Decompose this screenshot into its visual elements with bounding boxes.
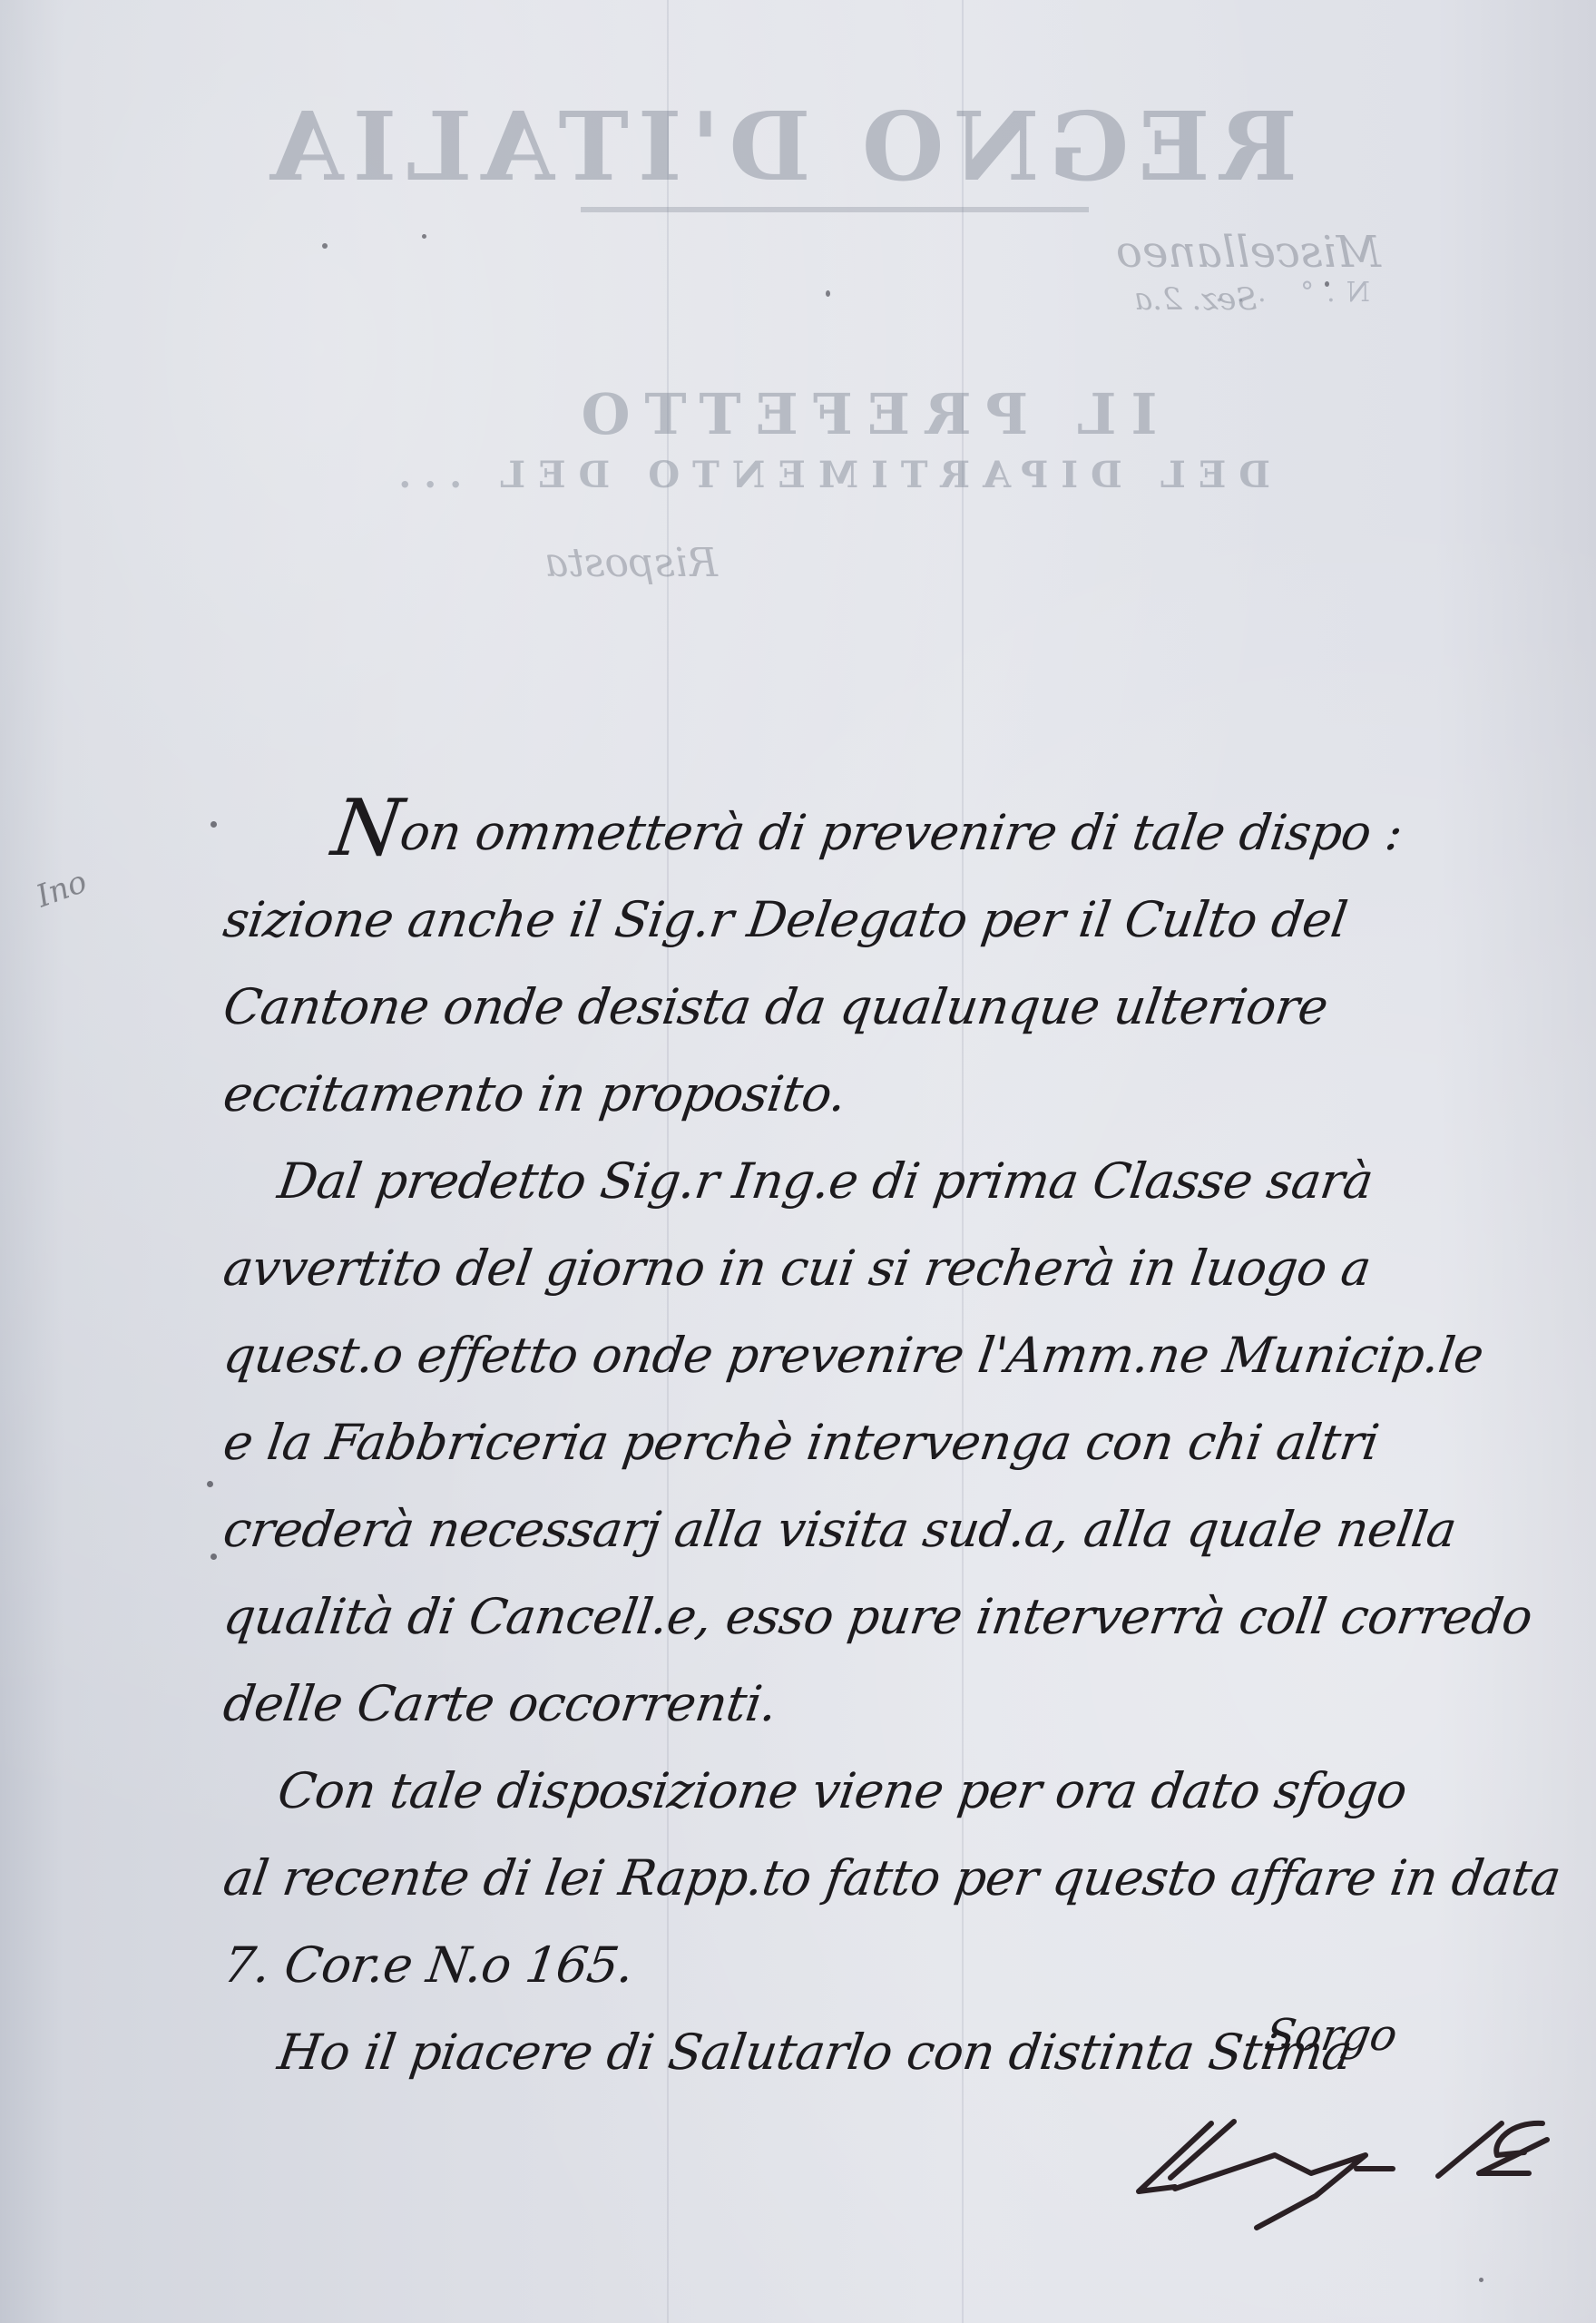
letter-body: Non ommetterà di prevenire di tale dispo…	[218, 789, 1588, 2096]
signature-strokes-icon	[1121, 2105, 1556, 2241]
margin-dot	[207, 1481, 213, 1487]
ghost-handwriting: Miscellaneo	[1116, 227, 1381, 278]
margin-dot	[211, 1554, 217, 1560]
ink-speck	[1325, 281, 1329, 287]
letter-line: sizione anche il Sig.r Delegato per il C…	[218, 877, 1596, 964]
letter-line: Dal predetto Sig.r Ing.e di prima Classe…	[218, 1138, 1596, 1225]
letter-line: avvertito del giorno in cui si recherà i…	[218, 1225, 1596, 1312]
margin-note: Ino	[32, 864, 92, 916]
ghost-handwriting: Sez. 2.a	[1134, 281, 1258, 318]
letter-line: 7. Cor.e N.o 165.	[218, 1922, 1596, 2009]
letter-line: delle Carte occorrenti.	[218, 1661, 1596, 1748]
ink-speck	[422, 234, 426, 239]
signature: Alluij - 1E	[1121, 2105, 1556, 2241]
letter-line: qualità di Cancell.e, esso pure interver…	[218, 1573, 1596, 1661]
ghost-handwriting: Risposta	[544, 540, 718, 586]
letterhead-ghost-kingdom: REGNO D'ITALIA	[345, 91, 1297, 202]
letter-line: crederà necessarj alla visita sud.a, all…	[218, 1486, 1596, 1573]
letter-line: al recente di lei Rapp.to fatto per ques…	[218, 1835, 1596, 1922]
letter-line: e la Fabbriceria perchè intervenga con c…	[218, 1399, 1596, 1486]
ink-speck	[826, 290, 830, 297]
letter-line: eccitamento in proposito.	[218, 1051, 1596, 1138]
ink-speck	[322, 243, 328, 249]
letterhead-ghost-rule	[581, 207, 1089, 212]
letter-line: Non ommetterà di prevenire di tale dispo…	[218, 789, 1596, 877]
letterhead-ghost-department: DEL DIPARTIMENTO DEL ...	[454, 454, 1270, 496]
letter-line: quest.o effetto onde prevenire l'Amm.ne …	[218, 1312, 1596, 1399]
drop-initial: N	[327, 783, 407, 874]
letter-line: Con tale disposizione viene per ora dato…	[218, 1748, 1596, 1835]
letter-line: Cantone onde desista da qualunque ulteri…	[218, 964, 1596, 1051]
ink-speck	[1479, 2278, 1483, 2282]
letterhead-ghost-prefect: IL PREFETTO	[535, 381, 1189, 447]
scanned-letter-page: REGNO D'ITALIA N.° ... IL PREFETTO DEL D…	[0, 0, 1596, 2323]
margin-dot	[211, 821, 217, 828]
closing-abbreviation: Sorgo	[1261, 2010, 1401, 2061]
